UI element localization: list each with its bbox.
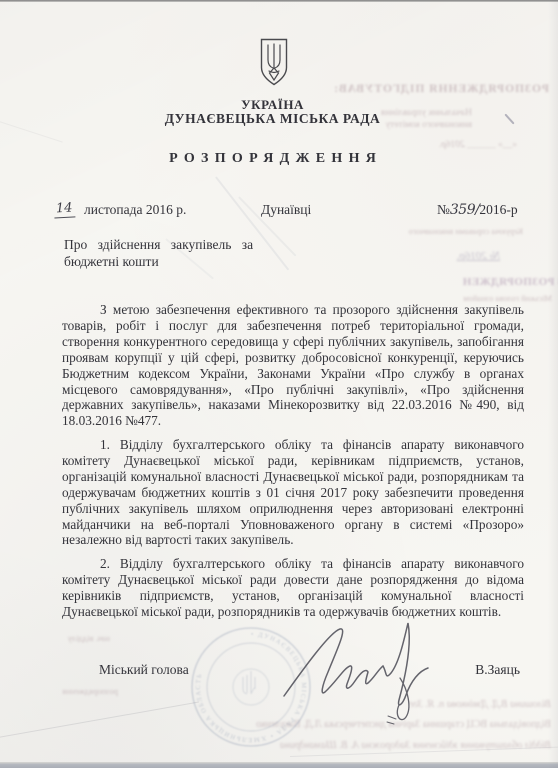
council-name: ДУНАЄВЕЦЬКА МІСЬКА РАДА — [0, 111, 545, 127]
bleedthrough-text: Керуюча справами виконавчого — [383, 226, 523, 237]
item-1-paragraph: 1. Відділу бухгалтерського обліку та фін… — [62, 437, 524, 548]
signer-name: В.Заяць — [420, 662, 520, 678]
bleedthrough-text: РОЗПОРЯДЖЕННЯ ПІДГОТУВАВ: — [333, 82, 549, 96]
bleedthrough-text: розпорядження — [22, 686, 118, 697]
signer-title: Міський голова — [99, 662, 189, 678]
number-suffix: 2016-р — [479, 202, 517, 217]
subject-line-1: Про здійснення закупівель за — [64, 237, 309, 254]
item-2-paragraph: 2. Відділу бухгалтерського обліку та фін… — [62, 556, 524, 620]
bleedthrough-text: Відділ облаштування здійснення Задорожна… — [105, 740, 551, 753]
scanned-document-page: РОЗПОРЯДЖЕННЯ ПІДГОТУВАВ: Начальник упра… — [0, 0, 558, 768]
ukraine-trident-emblem-icon — [259, 38, 289, 88]
handwritten-number: 359/ — [450, 202, 479, 218]
bleedthrough-text: нач. відділу — [26, 633, 110, 644]
number-sign: № — [437, 202, 450, 217]
scan-edge-top — [0, 0, 558, 2]
document-type-title: РОЗПОРЯДЖЕННЯ — [0, 151, 545, 167]
preamble-paragraph: З метою забезпечення ефективного та проз… — [62, 302, 524, 429]
document-date: листопада 2016 р. — [84, 202, 186, 218]
bleedthrough-handwriting: № 2016р. — [388, 250, 500, 264]
scan-edge-right-shadow — [548, 0, 558, 768]
handwritten-day: 14 — [54, 200, 75, 218]
document-subject: Про здійснення закупівель за бюджетні ко… — [64, 237, 309, 270]
document-place: Дунаївці — [261, 202, 311, 218]
document-number: №359/2016-р — [437, 202, 518, 218]
bleedthrough-text: З РОЗПОРЯДЖЕН — [424, 276, 558, 290]
scan-edge-bottom — [0, 762, 558, 768]
subject-line-2: бюджетні кошти — [64, 254, 309, 271]
